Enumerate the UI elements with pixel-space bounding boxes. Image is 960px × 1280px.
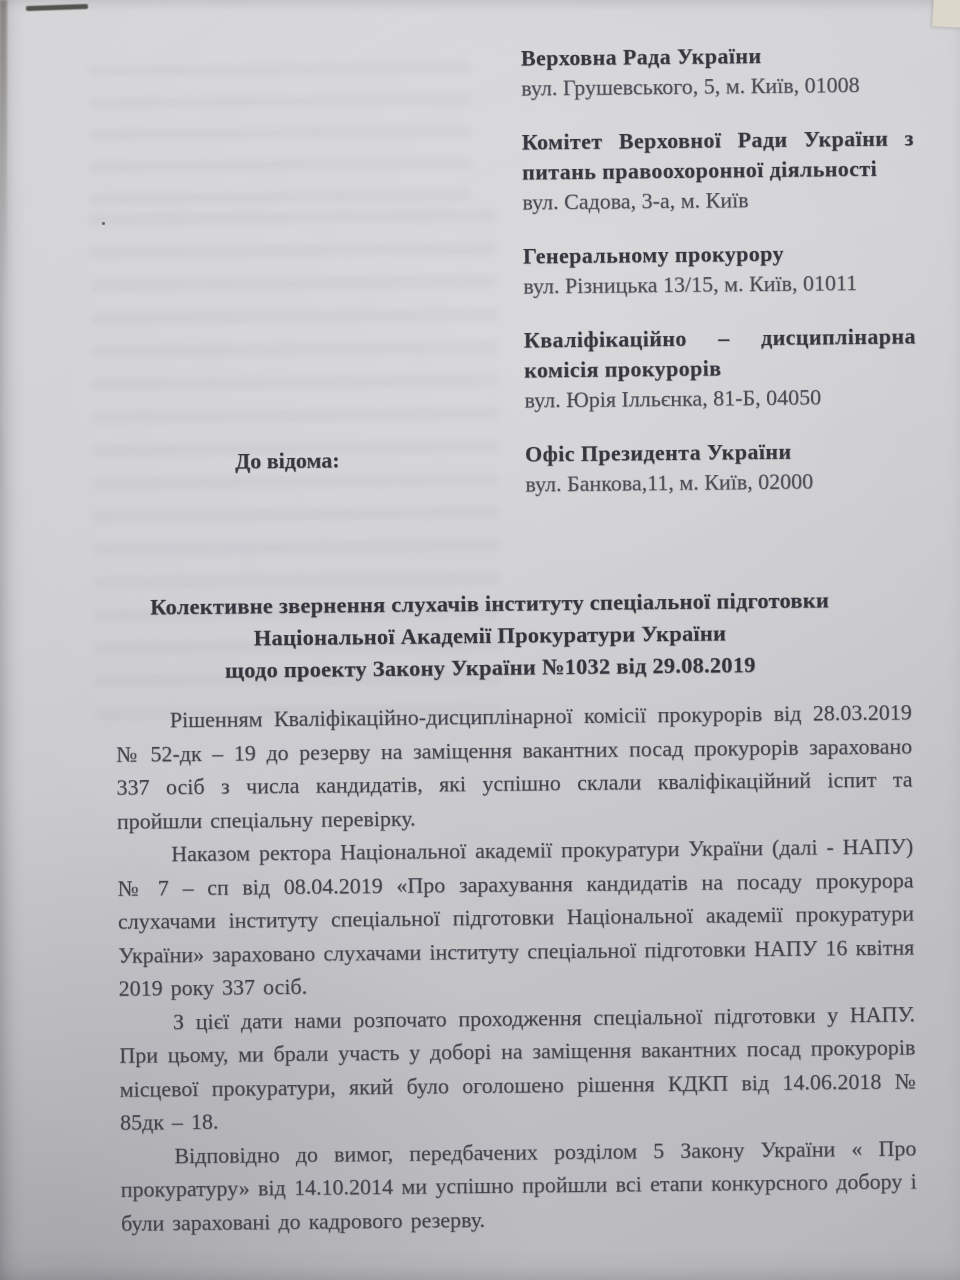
recipients-column: Верховна Рада України вул. Грушевського,… <box>521 39 918 523</box>
tape-corner <box>932 0 960 28</box>
body-paragraph: Рішенням Кваліфікаційно-дисциплінарної к… <box>116 695 913 837</box>
recipient-name: Комітет Верховної Ради України з питань … <box>522 123 915 187</box>
recipient-name: Офіс Президента України <box>525 435 917 469</box>
recipient-address: вул. Грушевського, 5, м. Київ, 01008 <box>521 69 913 103</box>
body-paragraph: З цієї дати нами розпочато проходження с… <box>119 997 916 1139</box>
cc-recipient-block: Офіс Президента України вул. Банкова,11,… <box>525 435 918 499</box>
recipient-block: Генеральному прокурору вул. Різницька 13… <box>523 237 916 301</box>
photographed-letter-page: До відома: Верховна Рада України вул. Гр… <box>0 0 960 1280</box>
bleed-through-text <box>89 62 470 206</box>
recipient-address: вул. Банкова,11, м. Київ, 02000 <box>525 465 917 499</box>
recipient-name: Верховна Рада України <box>521 39 913 73</box>
recipient-name: Генеральному прокурору <box>523 237 915 271</box>
letter-title: Колективне звернення слухачів інституту … <box>99 584 880 688</box>
recipient-block: Комітет Верховної Ради України з питань … <box>522 123 915 217</box>
body-paragraph: Наказом ректора Національної академії пр… <box>117 829 915 1005</box>
recipient-name: Кваліфікаційно – дисциплінарна комісія п… <box>524 321 917 385</box>
recipient-block: Верховна Рада України вул. Грушевського,… <box>521 39 914 103</box>
cc-label: До відома: <box>235 447 340 474</box>
letter-content: До відома: Верховна Рада України вул. Гр… <box>0 0 960 1280</box>
paper-speck <box>102 222 105 225</box>
recipient-address: вул. Різницька 13/15, м. Київ, 01011 <box>523 267 915 301</box>
paper-edge-shadow <box>0 0 7 300</box>
body-paragraph: Відповідно до вимог, передбачених розділ… <box>120 1131 917 1240</box>
letter-body: Рішенням Кваліфікаційно-дисциплінарної к… <box>116 695 918 1239</box>
title-line: щодо проекту Закону України №1032 від 29… <box>100 648 880 688</box>
recipient-address: вул. Садова, 3-а, м. Київ <box>522 183 914 217</box>
recipient-address: вул. Юрія Ілльєнка, 81-Б, 04050 <box>524 381 916 415</box>
recipient-block: Кваліфікаційно – дисциплінарна комісія п… <box>524 321 917 415</box>
